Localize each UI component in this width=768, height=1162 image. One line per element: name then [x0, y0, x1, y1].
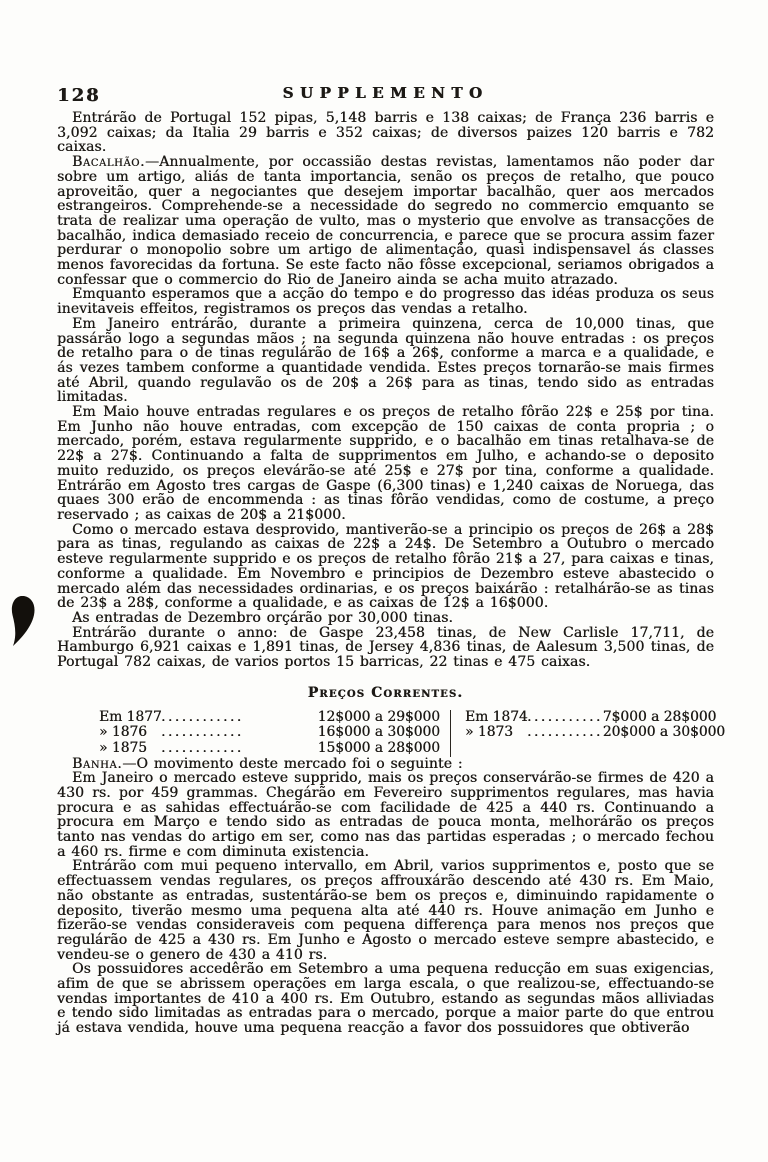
price-row: Em 1877 ............ 12$000 a 29$000 [99, 710, 440, 726]
banha-paragraph-3: Entrárão com mui pequeno intervallo, em … [57, 859, 714, 962]
price-table-left-column: Em 1877 ............ 12$000 a 29$000 » 1… [99, 710, 451, 757]
banha-paragraph-4: Os possuidores accedêrão em Setembro a u… [57, 962, 714, 1036]
bacalhao-section: Bacalhão.—Annualmente, por occassião des… [57, 155, 714, 670]
price-leader-dots: ............ [161, 725, 244, 741]
text-column: 128 SUPPLEMENTO Entrárão de Portugal 152… [57, 84, 714, 1036]
journal-title: SUPPLEMENTO [57, 84, 714, 102]
price-table: Em 1877 ............ 12$000 a 29$000 » 1… [99, 710, 714, 757]
bacalhao-paragraph-3: Em Janeiro entrárão, durante a primeira … [57, 317, 714, 405]
intro-paragraph: Entrárão de Portugal 152 pipas, 5,148 ba… [57, 111, 714, 155]
price-row: » 1876 ............ 16$000 a 30$000 [99, 725, 440, 741]
bacalhao-section-title: Bacalhão. [72, 154, 145, 170]
price-leader-dots: ............ [161, 741, 244, 757]
price-year: Em 1874 [465, 710, 527, 726]
price-leader-dots: ........... [527, 710, 603, 726]
price-value: 15$000 a 28$000 [318, 741, 440, 757]
price-value: 12$000 a 29$000 [318, 710, 440, 726]
price-leader-dots: ............ [161, 710, 244, 726]
price-row: » 1875 ............ 15$000 a 28$000 [99, 741, 440, 757]
bacalhao-paragraph-6: As entradas de Dezembro orçárão por 30,0… [57, 611, 714, 626]
scanned-document-page: 128 SUPPLEMENTO Entrárão de Portugal 152… [0, 0, 768, 1162]
banha-paragraph-2: Em Janeiro o mercado esteve supprido, ma… [57, 771, 714, 859]
price-row: » 1873 ........... 20$000 a 30$000 [465, 725, 699, 741]
precos-correntes-section: Preços Correntes. Em 1877 ............ 1… [57, 685, 714, 757]
price-table-right-column: Em 1874 ........... 7$000 a 28$000 » 187… [451, 710, 699, 757]
precos-correntes-heading: Preços Correntes. [57, 685, 714, 701]
bacalhao-paragraph-7: Entrárão durante o anno: de Gaspe 23,458… [57, 626, 714, 670]
bacalhao-lead-paragraph: Bacalhão.—Annualmente, por occassião des… [57, 155, 714, 287]
price-value: 20$000 a 30$000 [603, 725, 725, 741]
price-year: Em 1877 [99, 710, 161, 726]
banha-section: Banha.—O movimento deste mercado foi o s… [57, 757, 714, 1036]
price-year: » 1873 [465, 725, 527, 741]
price-row: Em 1874 ........... 7$000 a 28$000 [465, 710, 699, 726]
banha-section-title: Banha. [72, 756, 122, 772]
price-year: » 1876 [99, 725, 161, 741]
bacalhao-paragraph-1-text: —Annualmente, por occassião destas revis… [57, 154, 714, 288]
price-leader-dots: ........... [527, 725, 603, 741]
banha-paragraph-1-text: —O movimento deste mercado foi o seguint… [122, 756, 462, 772]
page-header: 128 SUPPLEMENTO [57, 84, 714, 111]
page-number: 128 [57, 85, 101, 106]
price-value: 7$000 a 28$000 [603, 710, 717, 726]
ink-blot [8, 596, 38, 646]
price-year: » 1875 [99, 741, 161, 757]
bacalhao-paragraph-4: Em Maio houve entradas regulares e os pr… [57, 405, 714, 523]
bacalhao-paragraph-2: Emquanto esperamos que a acção do tempo … [57, 287, 714, 316]
banha-lead-paragraph: Banha.—O movimento deste mercado foi o s… [57, 757, 714, 772]
price-value: 16$000 a 30$000 [318, 725, 440, 741]
bacalhao-paragraph-5: Como o mercado estava desprovido, mantiv… [57, 523, 714, 611]
